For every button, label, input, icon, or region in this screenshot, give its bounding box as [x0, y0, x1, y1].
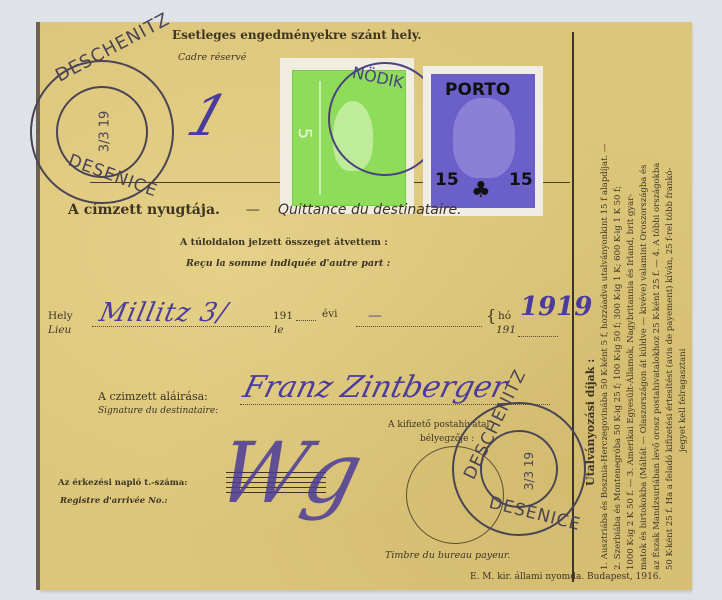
- stamp-blue-image: PORTO 15 15 ♣: [431, 74, 535, 208]
- received-text-hu: A túloldalon jelzett összeget átvettem :: [180, 237, 388, 248]
- year-field-line: [296, 320, 316, 321]
- signature-label-fr: Signature du destinataire:: [98, 406, 218, 416]
- receipt-title-dash: —: [246, 202, 260, 218]
- receipt-title-fr: Quittance du destinataire.: [278, 202, 462, 218]
- fees-line-7: jegyet kell felragasztani: [678, 349, 688, 452]
- stamp-ornament: [319, 81, 321, 195]
- fees-line-4: matok és birtokokba (Máltát — Olaszorszá…: [639, 165, 649, 570]
- fees-line-6: 50 K-ként 25 f. Ha a feladó kifizetési é…: [665, 167, 675, 570]
- place-label-fr: Lieu: [48, 324, 71, 336]
- year-label-hu: évi: [322, 308, 338, 320]
- place-label-hu: Hely: [48, 310, 73, 322]
- receipt-title-hu: A címzett nyugtája.: [68, 202, 220, 218]
- fees-line-1: 1. Ausztriába és Bosznia-Herczegovinába …: [600, 144, 610, 570]
- register-label-fr: Registre d'arrivée No.:: [60, 496, 168, 506]
- handwritten-place: Millitz 3/: [97, 298, 231, 328]
- stamp-portrait: [453, 98, 515, 178]
- month-label-hu: hó: [498, 310, 511, 322]
- fees-line-5: az Észak Mandzsuriában levő orosz postah…: [652, 163, 662, 570]
- handwritten-initials: Wg: [208, 424, 373, 522]
- stamp-value-right: 15: [509, 170, 533, 190]
- stamp-value-left: 15: [435, 170, 459, 190]
- month-prefix-fr: 191: [496, 324, 516, 336]
- handwritten-year: 1919: [520, 292, 592, 322]
- printer-imprint: E. M. kir. állami nyomda. Budapest, 1916…: [470, 572, 661, 582]
- fees-line-2: 2. Szerbiába és Montenegróba 50 K-ig 25 …: [613, 186, 623, 570]
- austria-porto-stamp: PORTO 15 15 ♣: [423, 66, 543, 216]
- fees-line-3: 1000 K-ig 2 K 50 f. — 3. Amerikai Egyesü…: [626, 194, 636, 570]
- signature-label-hu: A czimzett aláirása:: [98, 390, 208, 403]
- month-field-line: [518, 336, 558, 337]
- year-label-fr: le: [274, 324, 284, 336]
- payer-stamp-label-fr: Timbre du bureau payeur.: [385, 550, 510, 561]
- fees-heading: Utalványozási díjak :: [584, 359, 597, 486]
- postmark-top-date: 3/3 19: [97, 111, 112, 153]
- stamp-cloverleaf-icon: ♣: [471, 178, 491, 203]
- postmark-bottom-date: 3/3 19: [522, 452, 536, 490]
- year-prefix: 191: [273, 310, 293, 322]
- stamp-overprint-porto: PORTO: [445, 80, 510, 100]
- handwritten-signature: Franz Zintberger: [240, 370, 511, 405]
- brace-left: {: [486, 306, 496, 325]
- stamp-green-value: 5: [294, 128, 315, 139]
- postmark-top: DESCHENITZ DESENICE 3/3 19: [30, 60, 174, 204]
- handwritten-number: 1: [179, 84, 236, 149]
- postmark-top-city: DESCHENITZ: [52, 9, 173, 87]
- register-label-hu: Az érkezési napló t.-száma:: [58, 478, 187, 488]
- postal-receipt-form: Esetleges engedményekre szánt hely. Cadr…: [40, 22, 692, 590]
- postmark-partial-text: NÖDIK: [351, 63, 406, 92]
- postmark-bottom: DESCHENITZ DESENICE 3/3 19: [452, 402, 586, 536]
- received-text-fr: Reçu la somme indiquée d'autre part :: [186, 258, 390, 269]
- handwritten-dash: —: [368, 308, 382, 324]
- header-title-fr: Cadre réservé: [178, 52, 246, 63]
- header-title-hu: Esetleges engedményekre szánt hely.: [172, 28, 422, 42]
- day-field-line: [356, 326, 482, 327]
